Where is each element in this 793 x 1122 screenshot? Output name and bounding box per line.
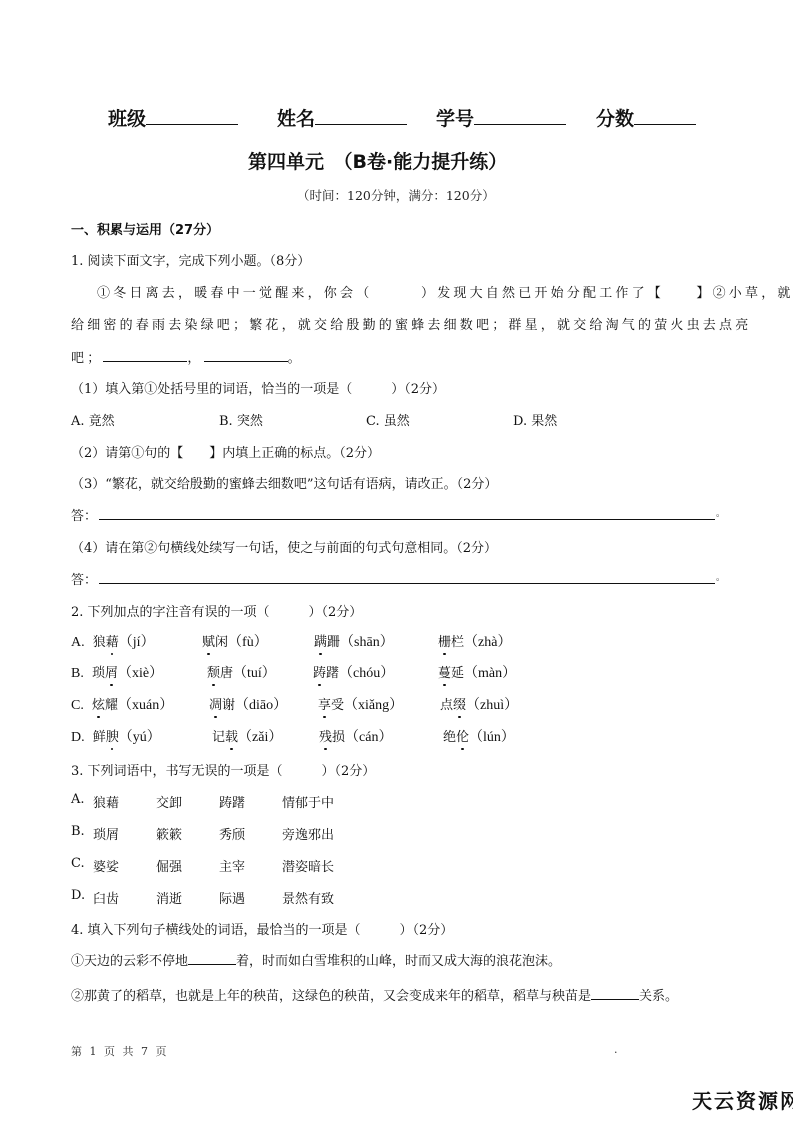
option-letter: D. (71, 730, 85, 745)
word-part: 谢 (222, 698, 235, 713)
q4-sentence-2: ②那黄了的稻草，也就是上年的秧苗，这绿色的秧苗，又会变成来年的稻草，稻草与秧苗是… (71, 985, 678, 1004)
pinyin: （màn） (464, 666, 516, 681)
word-part: 唐 (220, 666, 233, 681)
q3-a-word-3: 踌躇 (219, 792, 245, 811)
sentence-part: ②那黄了的稻草，也就是上年的秧苗，这绿色的秧苗，又会变成来年的稻草，稻草与秧苗是 (71, 989, 591, 1004)
student-id-label: 学号 (436, 108, 474, 130)
option-letter: A. (71, 635, 85, 650)
dotted-char: 腴 (106, 730, 119, 745)
passage-sep: ， (187, 351, 203, 366)
q2-b-item-3: 踌躇（chóu） (313, 662, 394, 682)
q1-sub1-option-a[interactable]: A. 竟然 (71, 410, 115, 429)
q3-option-a[interactable]: A. (71, 792, 85, 807)
q3-b-word-1: 琐屑 (93, 824, 119, 843)
sentence-part: 着，时而如白雪堆积的山峰，时而又成大海的浪花泡沫。 (236, 954, 561, 969)
sentence-part: 关系。 (639, 989, 678, 1004)
word-part: 记 (212, 730, 225, 745)
q3-a-word-4: 情郁于中 (282, 792, 334, 811)
q4-stem: 4. 填入下列句子横线处的词语，最恰当的一项是（ ）（2分） (71, 919, 453, 938)
q3-c-word-3: 主宰 (219, 856, 245, 875)
q1-sub4-answer-end: 。 (716, 570, 725, 583)
student-id-field: 学号 (436, 104, 566, 131)
passage-prefix: 吧； (71, 351, 103, 366)
page-title: 第四单元 （B卷·能力提升练） (248, 147, 507, 174)
word-part: 躇 (326, 666, 339, 681)
dotted-char: 缀 (453, 698, 466, 713)
q2-c-item-4: 点缀（zhuì） (440, 694, 518, 714)
q1-sub4-answer-label: 答： (71, 569, 97, 588)
passage-end: 。 (288, 351, 304, 366)
pinyin: （jí） (119, 635, 155, 650)
q1-sub1-option-c[interactable]: C. 虽然 (366, 410, 410, 429)
dotted-char: 蔓 (438, 666, 451, 681)
q3-option-d[interactable]: D. (71, 888, 85, 903)
word-part: 跚 (327, 635, 340, 650)
score-field: 分数 (596, 104, 696, 131)
q2-a-item-2: 赋闲（fù） (202, 631, 268, 651)
name-blank[interactable] (315, 123, 407, 125)
pinyin: （xiǎng） (344, 698, 403, 713)
q1-sub1-stem: （1）填入第①处括号里的词语，恰当的一项是（ ）（2分） (71, 378, 445, 397)
dotted-char: 残 (319, 730, 332, 745)
pinyin: （cán） (345, 730, 392, 745)
pinyin: （diāo） (235, 698, 287, 713)
q2-c-item-2: 凋谢（diāo） (209, 694, 287, 714)
dotted-char: 享 (318, 698, 331, 713)
word-part: 点 (440, 698, 453, 713)
score-blank[interactable] (634, 123, 696, 125)
q2-d-item-3: 残损（cán） (319, 726, 392, 746)
q3-b-word-2: 簌簌 (156, 824, 182, 843)
word-part: 闲 (215, 635, 228, 650)
q3-c-word-4: 潜姿暗长 (282, 856, 334, 875)
q1-sub2-stem: （2）请第①句的【 】内填上正确的标点。（2分） (71, 442, 380, 461)
q3-a-word-1: 狼藉 (93, 792, 119, 811)
word-part: 琐 (92, 666, 105, 681)
dotted-char: 藉 (106, 635, 119, 650)
q3-d-word-4: 景然有致 (282, 888, 334, 907)
dotted-char: 载 (225, 730, 238, 745)
q1-sub3-stem: （3）“繁花，就交给殷勤的蜜蜂去细数吧”这句话有语病，请改正。（2分） (71, 473, 497, 492)
student-id-blank[interactable] (474, 123, 566, 125)
pinyin: （shān） (340, 635, 394, 650)
score-label: 分数 (596, 108, 634, 130)
option-letter: C. (71, 698, 84, 713)
watermark-logo: 天云资源网 (692, 1085, 793, 1114)
class-blank[interactable] (146, 123, 238, 125)
dotted-char: 踌 (313, 666, 326, 681)
q3-option-b[interactable]: B. (71, 824, 85, 839)
passage-blank-2[interactable] (204, 360, 288, 362)
word-part: 延 (451, 666, 464, 681)
q1-passage-line1: ①冬日离去，暖春中一觉醒来，你会（ ）发现大自然已开始分配工作了【 】②小草，就… (97, 282, 793, 301)
q2-d-item-4: 绝伦（lún） (443, 726, 515, 746)
pinyin: （xiè） (118, 666, 163, 681)
q3-d-word-2: 消逝 (156, 888, 182, 907)
q2-c-item-3: 享受（xiǎng） (318, 694, 403, 714)
q2-stem: 2. 下列加点的字注音有误的一项（ ）（2分） (71, 601, 362, 620)
class-label: 班级 (108, 108, 146, 130)
q2-option-b[interactable]: B. 琐屑（xiè） (71, 662, 163, 682)
q4-blank-2[interactable] (591, 998, 639, 1000)
class-field: 班级 (108, 104, 238, 131)
q1-passage-line2: 给细密的春雨去染绿吧；繁花，就交给殷勤的蜜蜂去细数吧；群星，就交给淘气的萤火虫去… (71, 314, 751, 333)
word-part: 鲜 (93, 730, 106, 745)
q1-sub1-option-b[interactable]: B. 突然 (219, 410, 263, 429)
q1-sub4-stem: （4）请在第②句横线处续写一句话，使之与前面的句式句意相同。（2分） (71, 537, 497, 556)
q2-a-item-4: 栅栏（zhà） (438, 631, 511, 651)
q3-c-word-1: 婆娑 (93, 856, 119, 875)
q2-option-a[interactable]: A. 狼藉（jí） (71, 631, 155, 651)
option-letter: B. (71, 824, 85, 839)
option-letter: A. (71, 792, 85, 807)
dotted-char: 凋 (209, 698, 222, 713)
page-subtitle: （时间：120分钟，满分：120分） (297, 186, 495, 204)
q3-b-word-4: 旁逸邪出 (282, 824, 334, 843)
dotted-char: 伦 (456, 730, 469, 745)
q1-stem: 1. 阅读下面文字，完成下列小题。（8分） (71, 250, 310, 269)
q3-a-word-2: 交卸 (156, 792, 182, 811)
pinyin: （lún） (469, 730, 515, 745)
pinyin: （tuí） (233, 666, 276, 681)
q2-a-item-3: 蹒跚（shān） (314, 631, 394, 651)
word-part: 栏 (451, 635, 464, 650)
q2-option-c[interactable]: C. 炫耀（xuán） (71, 694, 173, 714)
dotted-char: 赋 (202, 635, 215, 650)
word-part: 狼 (93, 635, 106, 650)
q2-option-d[interactable]: D. 鲜腴（yú） (71, 726, 161, 746)
passage-blank-1[interactable] (103, 360, 187, 362)
q1-sub3-answer-end: 。 (716, 506, 725, 519)
name-label: 姓名 (277, 108, 315, 130)
word-part: 损 (332, 730, 345, 745)
dotted-char: 栅 (438, 635, 451, 650)
q1-sub3-answer-label: 答： (71, 505, 97, 524)
footer-dot: . (614, 1043, 620, 1056)
word-part: 绝 (443, 730, 456, 745)
q2-b-item-4: 蔓延（màn） (438, 662, 516, 682)
q1-sub1-option-d[interactable]: D. 果然 (513, 410, 557, 429)
q1-sub3-answer-line[interactable] (99, 518, 715, 520)
pinyin: （zhà） (464, 635, 511, 650)
option-letter: C. (71, 856, 85, 871)
q1-sub4-answer-line[interactable] (99, 582, 715, 584)
q3-d-word-1: 臼齿 (93, 888, 119, 907)
q3-c-word-2: 倔强 (156, 856, 182, 875)
option-letter: B. (71, 666, 84, 681)
word-part: 耀 (105, 698, 118, 713)
name-field: 姓名 (277, 104, 407, 131)
pinyin: （zhuì） (466, 698, 518, 713)
pinyin: （fù） (228, 635, 268, 650)
q3-d-word-3: 际遇 (219, 888, 245, 907)
option-letter: D. (71, 888, 85, 903)
dotted-char: 屑 (105, 666, 118, 681)
q2-d-item-2: 记载（zǎi） (212, 726, 282, 746)
dotted-char: 炫 (92, 698, 105, 713)
sentence-part: ①天边的云彩不停地 (71, 954, 188, 969)
q2-b-item-2: 颓唐（tuí） (207, 662, 276, 682)
word-part: 受 (331, 698, 344, 713)
section-heading: 一、积累与运用（27分） (71, 219, 219, 238)
q3-option-c[interactable]: C. (71, 856, 85, 871)
page-number: 第 1 页 共 7 页 (71, 1043, 168, 1059)
q1-passage-line3: 吧；，。 (71, 347, 304, 366)
dotted-char: 蹒 (314, 635, 327, 650)
q4-sentence-1: ①天边的云彩不停地着，时而如白雪堆积的山峰，时而又成大海的浪花泡沫。 (71, 950, 561, 969)
q4-blank-1[interactable] (188, 963, 236, 965)
q3-stem: 3. 下列词语中，书写无误的一项是（ ）（2分） (71, 760, 375, 779)
pinyin: （zǎi） (238, 730, 282, 745)
pinyin: （chóu） (339, 666, 394, 681)
q3-b-word-3: 秀颀 (219, 824, 245, 843)
pinyin: （xuán） (118, 698, 173, 713)
dotted-char: 颓 (207, 666, 220, 681)
pinyin: （yú） (119, 730, 161, 745)
